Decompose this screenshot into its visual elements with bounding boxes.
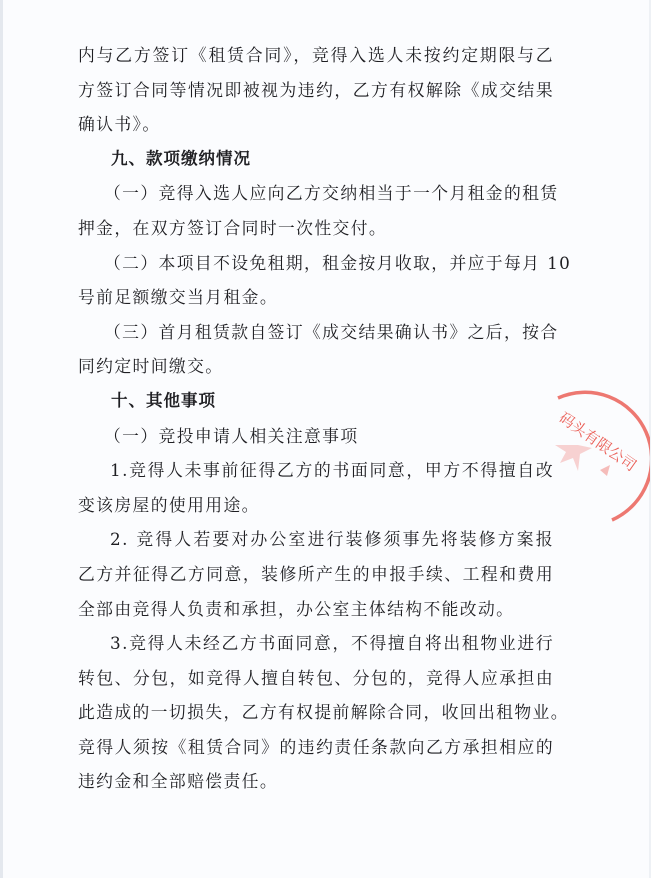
paragraph-line: 此造成的一切损失，乙方有权提前解除合同，收回出租物业。	[78, 695, 554, 730]
paragraph-line: （三）首月租赁款自签订《成交结果确认书》之后，按合	[78, 315, 554, 350]
paragraph-line: 方签订合同等情况即被视为违约，乙方有权解除《成交结果	[78, 73, 554, 108]
paragraph-line: 转包、分包，如竞得人擅自转包、分包的，竞得人应承担由	[78, 661, 554, 696]
paragraph-line: 确认书》。	[78, 107, 554, 142]
paragraph-line: （一）竞得入选人应向乙方交纳相当于一个月租金的租赁	[78, 176, 554, 211]
paragraph-line: 乙方并征得乙方同意，装修所产生的申报手续、工程和费用	[78, 557, 554, 592]
paragraph-line: 内与乙方签订《租赁合同》，竞得入选人未按约定期限与乙	[78, 38, 554, 73]
paragraph-line: 违约金和全部赔偿责任。	[78, 764, 554, 799]
subsection-heading: （一）竞投申请人相关注意事项	[78, 419, 554, 454]
section-heading-nine: 九、款项缴纳情况	[78, 142, 554, 177]
paragraph-line: 2. 竞得人若要对办公室进行装修须事先将装修方案报	[78, 522, 554, 557]
paragraph-line: 3.竞得人未经乙方书面同意，不得擅自将出租物业进行	[78, 626, 554, 661]
page-edge-left	[0, 0, 3, 878]
paragraph-line: 变该房屋的使用用途。	[78, 488, 554, 523]
paragraph-line: 竞得人须按《租赁合同》的违约责任条款向乙方承担相应的	[78, 730, 554, 765]
paragraph-line: 押金，在双方签订合同时一次性交付。	[78, 211, 554, 246]
paragraph-line: 同约定时间缴交。	[78, 349, 554, 384]
company-seal-stamp: 码头有限公司	[540, 390, 650, 530]
document-body: 内与乙方签订《租赁合同》，竞得入选人未按约定期限与乙 方签订合同等情况即被视为违…	[78, 38, 554, 799]
section-heading-ten: 十、其他事项	[78, 384, 554, 419]
paragraph-line: 号前足额缴交当月租金。	[78, 280, 554, 315]
paragraph-line: 全部由竞得人负责和承担，办公室主体结构不能改动。	[78, 592, 554, 627]
paragraph-line: 1.竞得人未事前征得乙方的书面同意，甲方不得擅自改	[78, 453, 554, 488]
paragraph-line: （二）本项目不设免租期，租金按月收取，并应于每月 10	[78, 246, 554, 281]
svg-text:码头有限公司: 码头有限公司	[556, 409, 640, 475]
